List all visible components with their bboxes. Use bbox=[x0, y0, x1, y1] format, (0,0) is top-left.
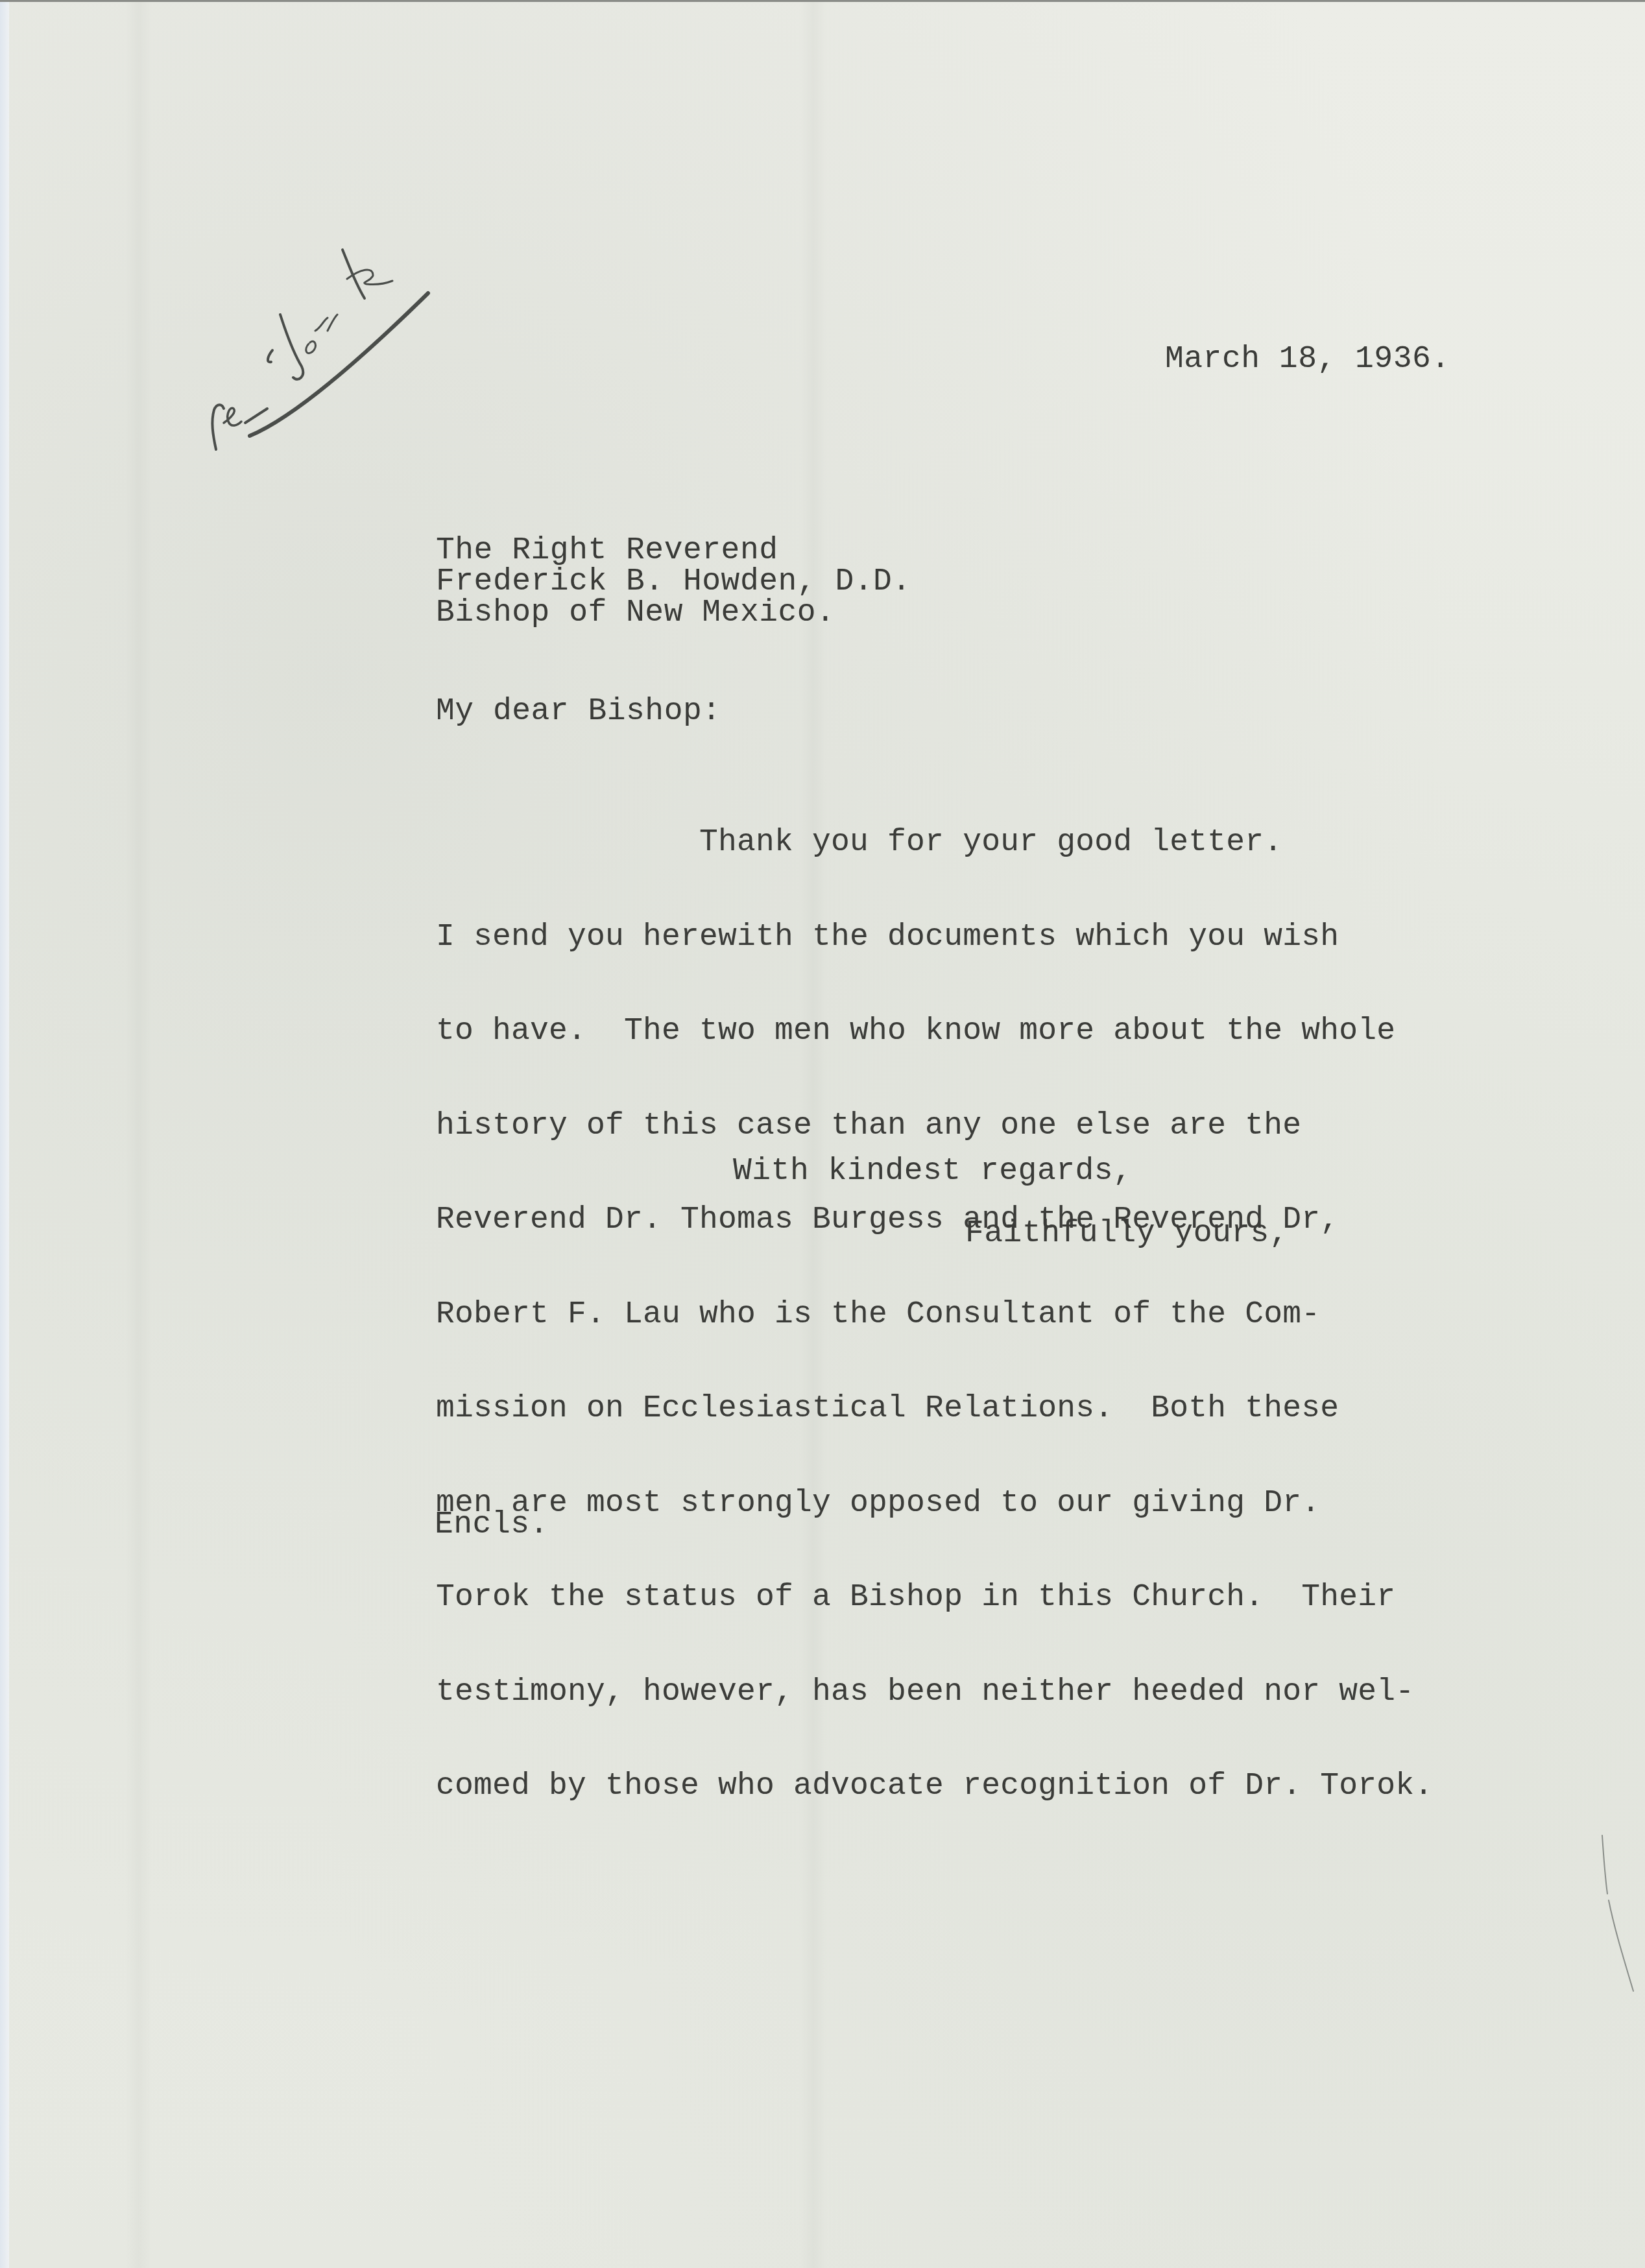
scan-edge-left bbox=[0, 0, 9, 2268]
body-line: Torok the status of a Bishop in this Chu… bbox=[436, 1582, 1433, 1614]
letter-body: Thank you for your good letter. I send y… bbox=[436, 764, 1433, 1833]
body-line: testimony, however, has been neither hee… bbox=[436, 1677, 1433, 1708]
pencil-mark-icon bbox=[1576, 1829, 1635, 2011]
recipient-line-2: Frederick B. Howden, D.D. bbox=[436, 566, 911, 597]
letter-date: March 18, 1936. bbox=[1165, 344, 1450, 375]
body-line: mission on Ecclesiastical Relations. Bot… bbox=[436, 1393, 1433, 1425]
body-line: comed by those who advocate recognition … bbox=[436, 1771, 1433, 1802]
enclosure-note: Encls. bbox=[435, 1509, 549, 1540]
recipient-line-1: The Right Reverend bbox=[436, 535, 778, 566]
scan-edge-top bbox=[0, 0, 1645, 2]
body-line: Robert F. Lau who is the Consultant of t… bbox=[436, 1299, 1433, 1331]
body-line: to have. The two men who know more about… bbox=[436, 1016, 1433, 1047]
body-line: men are most strongly opposed to our giv… bbox=[436, 1488, 1433, 1520]
body-line: history of this case than any one else a… bbox=[436, 1110, 1433, 1142]
body-line: I send you herewith the documents which … bbox=[436, 922, 1433, 953]
recipient-line-3: Bishop of New Mexico. bbox=[436, 597, 835, 628]
handwritten-annotation-icon bbox=[195, 233, 467, 467]
paper-texture bbox=[126, 0, 152, 2268]
body-line: Thank you for your good letter. bbox=[436, 827, 1433, 859]
closing-regards: With kindest regards, bbox=[733, 1156, 1132, 1187]
closing-signoff: Faithfully yours, bbox=[965, 1218, 1288, 1249]
salutation: My dear Bishop: bbox=[436, 696, 721, 727]
